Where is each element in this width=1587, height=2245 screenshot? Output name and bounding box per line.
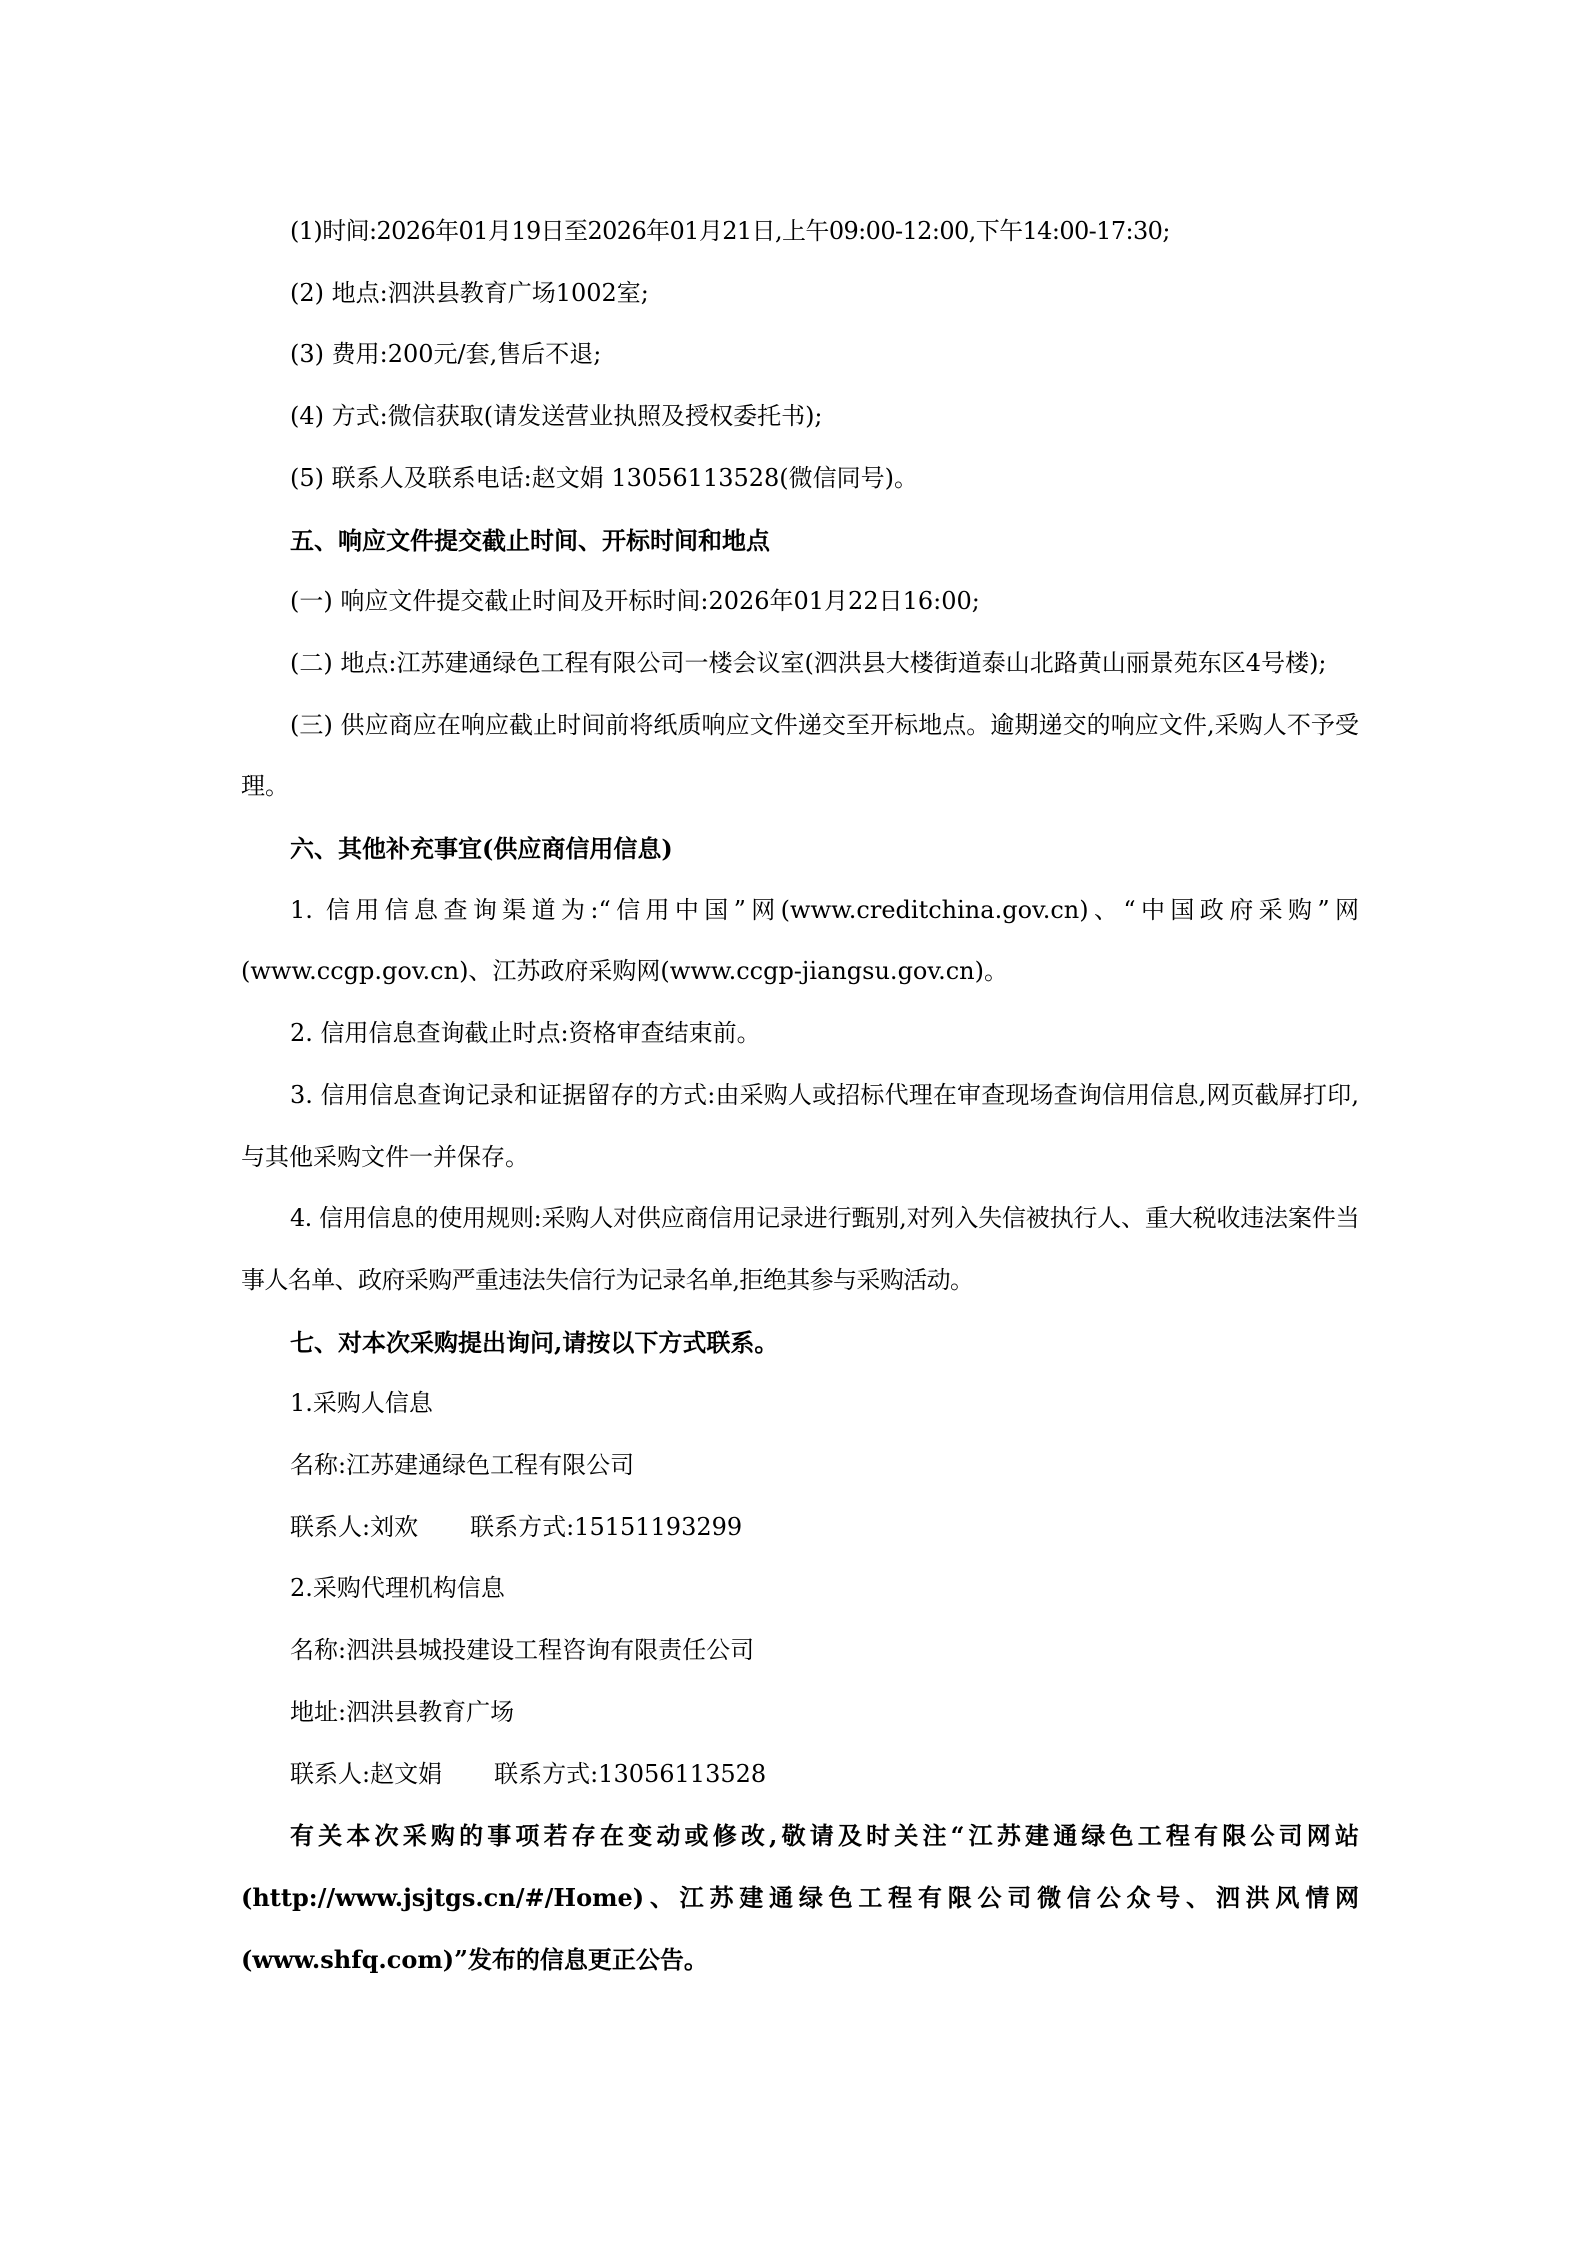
agency-contact-phone: 联系方式:13056113528 [494,1760,766,1788]
purchaser-title: 1.采购人信息 [241,1373,1359,1435]
credit-item-2: 2. 信用信息查询截止时点:资格审查结束前。 [241,1003,1359,1065]
closing-notice: 有关本次采购的事项若存在变动或修改,敬请及时关注“江苏建通绿色工程有限公司网站(… [241,1805,1359,1990]
section5-place: (二) 地点:江苏建通绿色工程有限公司一楼会议室(泗洪县大楼街道泰山北路黄山丽景… [241,633,1359,695]
acquisition-method: (4) 方式:微信获取(请发送营业执照及授权委托书); [241,386,1359,448]
document-page: (1)时间:2026年01月19日至2026年01月21日,上午09:00-12… [241,201,1359,1990]
acquisition-time: (1)时间:2026年01月19日至2026年01月21日,上午09:00-12… [241,201,1359,263]
acquisition-fee: (3) 费用:200元/套,售后不退; [241,324,1359,386]
purchaser-name: 名称:江苏建通绿色工程有限公司 [241,1435,1359,1497]
credit-item-3: 3. 信用信息查询记录和证据留存的方式:由采购人或招标代理在审查现场查询信用信息… [241,1065,1359,1188]
acquisition-place: (2) 地点:泗洪县教育广场1002室; [241,263,1359,325]
acquisition-contact: (5) 联系人及联系电话:赵文娟 13056113528(微信同号)。 [241,448,1359,510]
credit-item-4: 4. 信用信息的使用规则:采购人对供应商信用记录进行甄别,对列入失信被执行人、重… [241,1188,1359,1311]
purchaser-contact-phone: 联系方式:15151193299 [470,1513,742,1541]
agency-title: 2.采购代理机构信息 [241,1558,1359,1620]
section5-deadline: (一) 响应文件提交截止时间及开标时间:2026年01月22日16:00; [241,571,1359,633]
purchaser-contact-row: 联系人:刘欢联系方式:15151193299 [241,1497,1359,1559]
agency-contact-row: 联系人:赵文娟联系方式:13056113528 [241,1744,1359,1806]
section7-heading: 七、对本次采购提出询问,请按以下方式联系。 [241,1312,1359,1374]
credit-item-1: 1. 信用信息查询渠道为:“信用中国”网(www.creditchina.gov… [241,880,1359,1003]
section5-late-notice: (三) 供应商应在响应截止时间前将纸质响应文件递交至开标地点。逾期递交的响应文件… [241,695,1359,818]
purchaser-contact-person: 联系人:刘欢 [290,1513,418,1541]
section6-heading: 六、其他补充事宜(供应商信用信息) [241,818,1359,880]
section5-heading: 五、响应文件提交截止时间、开标时间和地点 [241,510,1359,572]
agency-name: 名称:泗洪县城投建设工程咨询有限责任公司 [241,1620,1359,1682]
agency-address: 地址:泗洪县教育广场 [241,1682,1359,1744]
agency-contact-person: 联系人:赵文娟 [290,1760,442,1788]
